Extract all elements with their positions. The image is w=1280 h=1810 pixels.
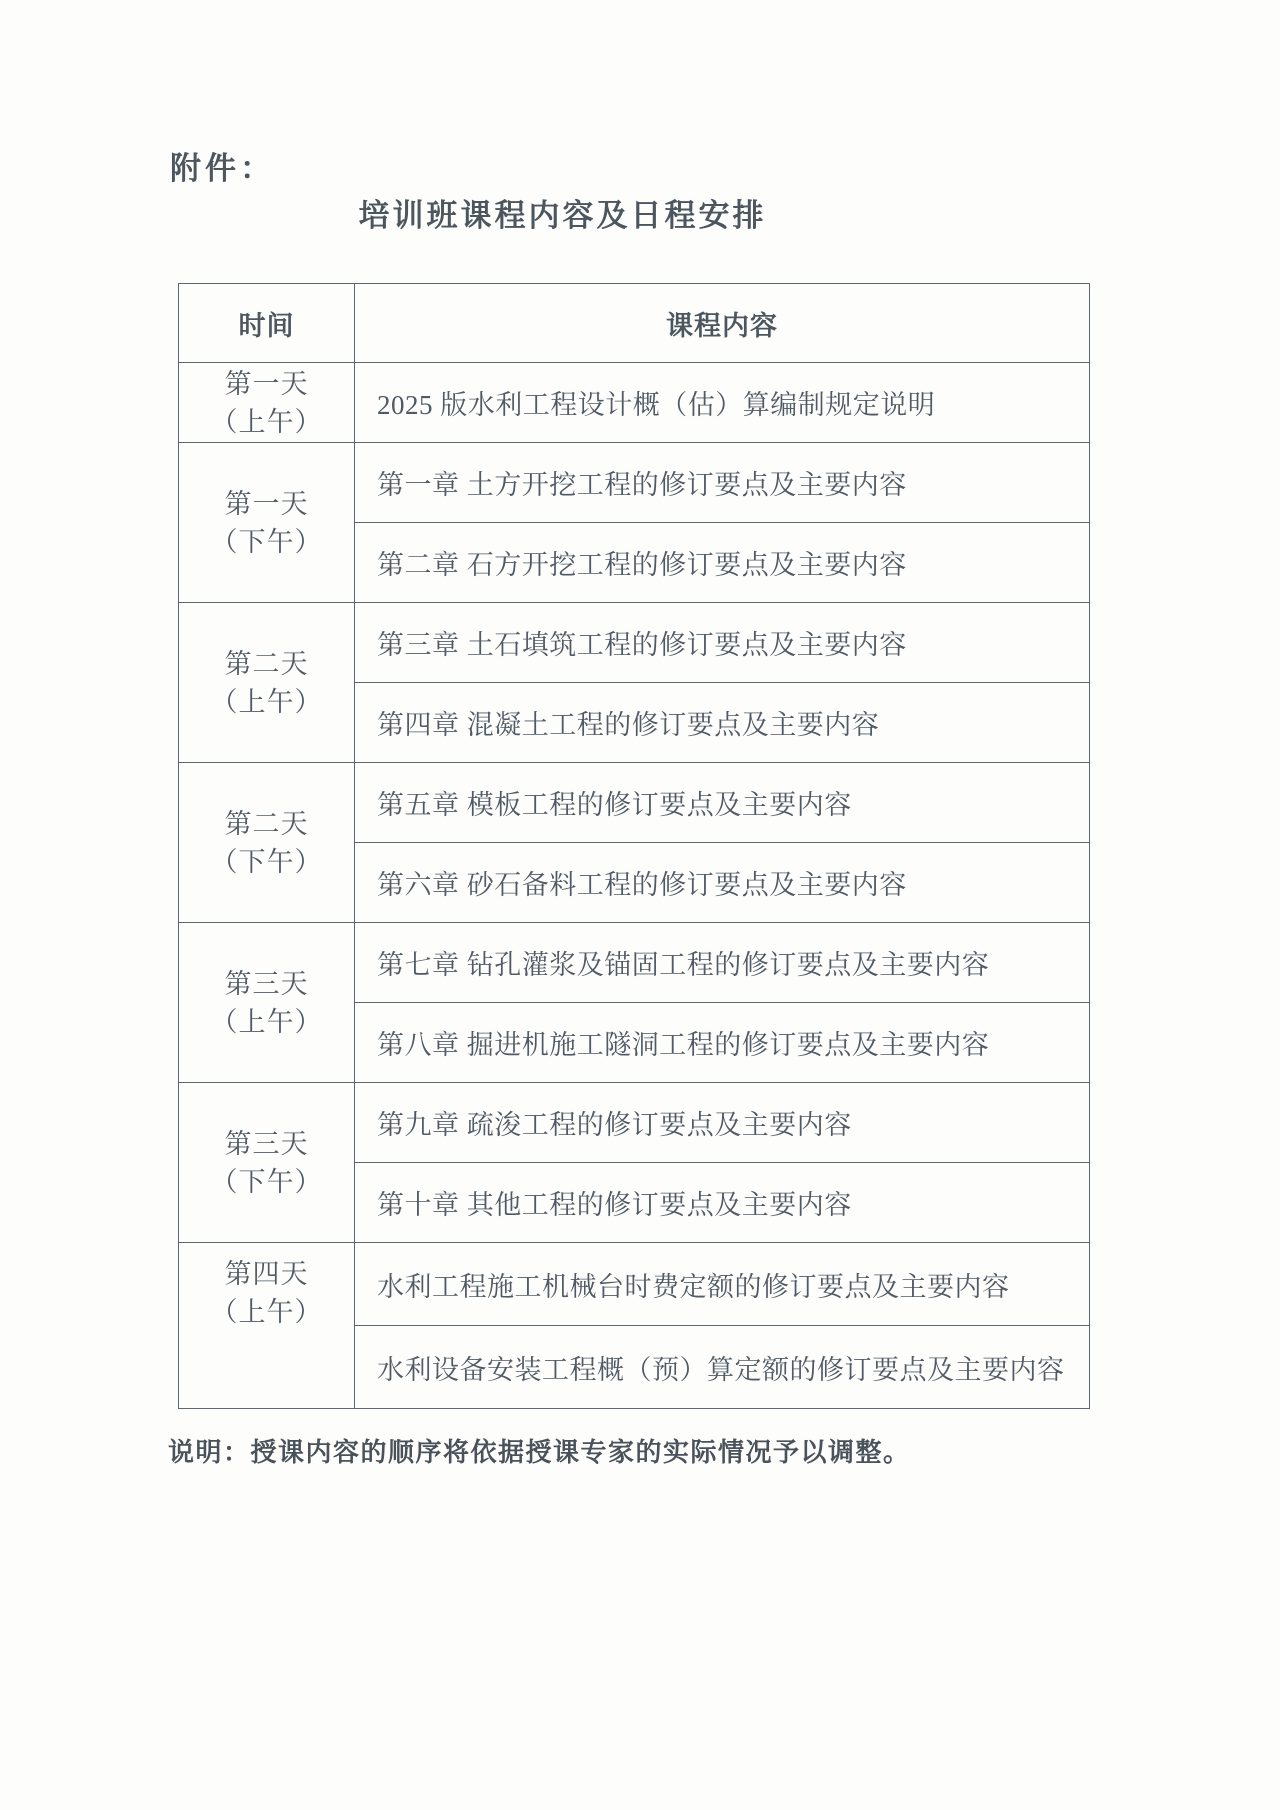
time-cell-day3-pm: 第三天 （下午） xyxy=(179,1083,355,1243)
table-row: 第三天 （上午） 第七章 钻孔灌浆及锚固工程的修订要点及主要内容 xyxy=(179,923,1090,1003)
note-text: 说明：授课内容的顺序将依据授课专家的实际情况予以调整。 xyxy=(168,1432,911,1469)
table-row: 第二天 （上午） 第三章 土石填筑工程的修订要点及主要内容 xyxy=(179,603,1090,683)
time-cell-day4-am: 第四天 （上午） xyxy=(179,1243,355,1409)
course-cell: 2025 版水利工程设计概（估）算编制规定说明 xyxy=(355,363,1090,443)
course-cell: 第二章 石方开挖工程的修订要点及主要内容 xyxy=(355,523,1090,603)
table-row: 第一天 （上午） 2025 版水利工程设计概（估）算编制规定说明 xyxy=(179,363,1090,443)
table-row: 第三天 （下午） 第九章 疏浚工程的修订要点及主要内容 xyxy=(179,1083,1090,1163)
column-header-time: 时间 xyxy=(179,284,355,363)
time-cell-day3-am: 第三天 （上午） xyxy=(179,923,355,1083)
course-cell: 水利设备安装工程概（预）算定额的修订要点及主要内容 xyxy=(355,1326,1090,1409)
column-header-content: 课程内容 xyxy=(355,284,1090,363)
time-cell-day2-pm: 第二天 （下午） xyxy=(179,763,355,923)
time-cell-day1-am: 第一天 （上午） xyxy=(179,363,355,443)
course-cell: 第八章 掘进机施工隧洞工程的修订要点及主要内容 xyxy=(355,1003,1090,1083)
attachment-label: 附件： xyxy=(170,143,275,188)
course-cell: 第九章 疏浚工程的修订要点及主要内容 xyxy=(355,1083,1090,1163)
course-cell: 第六章 砂石备料工程的修订要点及主要内容 xyxy=(355,843,1090,923)
course-cell: 第十章 其他工程的修订要点及主要内容 xyxy=(355,1163,1090,1243)
time-cell-day2-am: 第二天 （上午） xyxy=(179,603,355,763)
schedule-table: 时间 课程内容 第一天 （上午） 2025 版水利工程设计概（估）算编制规定说明… xyxy=(178,283,1090,1409)
course-cell: 第一章 土方开挖工程的修订要点及主要内容 xyxy=(355,443,1090,523)
course-cell: 第四章 混凝土工程的修订要点及主要内容 xyxy=(355,683,1090,763)
table-row: 第一天 （下午） 第一章 土方开挖工程的修订要点及主要内容 xyxy=(179,443,1090,523)
table-row: 第二天 （下午） 第五章 模板工程的修订要点及主要内容 xyxy=(179,763,1090,843)
time-cell-day1-pm: 第一天 （下午） xyxy=(179,443,355,603)
table-row: 第四天 （上午） 水利工程施工机械台时费定额的修订要点及主要内容 xyxy=(179,1243,1090,1326)
document-page: 附件： 培训班课程内容及日程安排 时间 课程内容 第一天 （上午） 2025 版… xyxy=(0,0,1280,1810)
course-cell: 第七章 钻孔灌浆及锚固工程的修订要点及主要内容 xyxy=(355,923,1090,1003)
course-cell: 第三章 土石填筑工程的修订要点及主要内容 xyxy=(355,603,1090,683)
course-cell: 水利工程施工机械台时费定额的修订要点及主要内容 xyxy=(355,1243,1090,1326)
course-cell: 第五章 模板工程的修订要点及主要内容 xyxy=(355,763,1090,843)
page-title: 培训班课程内容及日程安排 xyxy=(175,190,950,235)
header-row: 时间 课程内容 xyxy=(179,284,1090,363)
